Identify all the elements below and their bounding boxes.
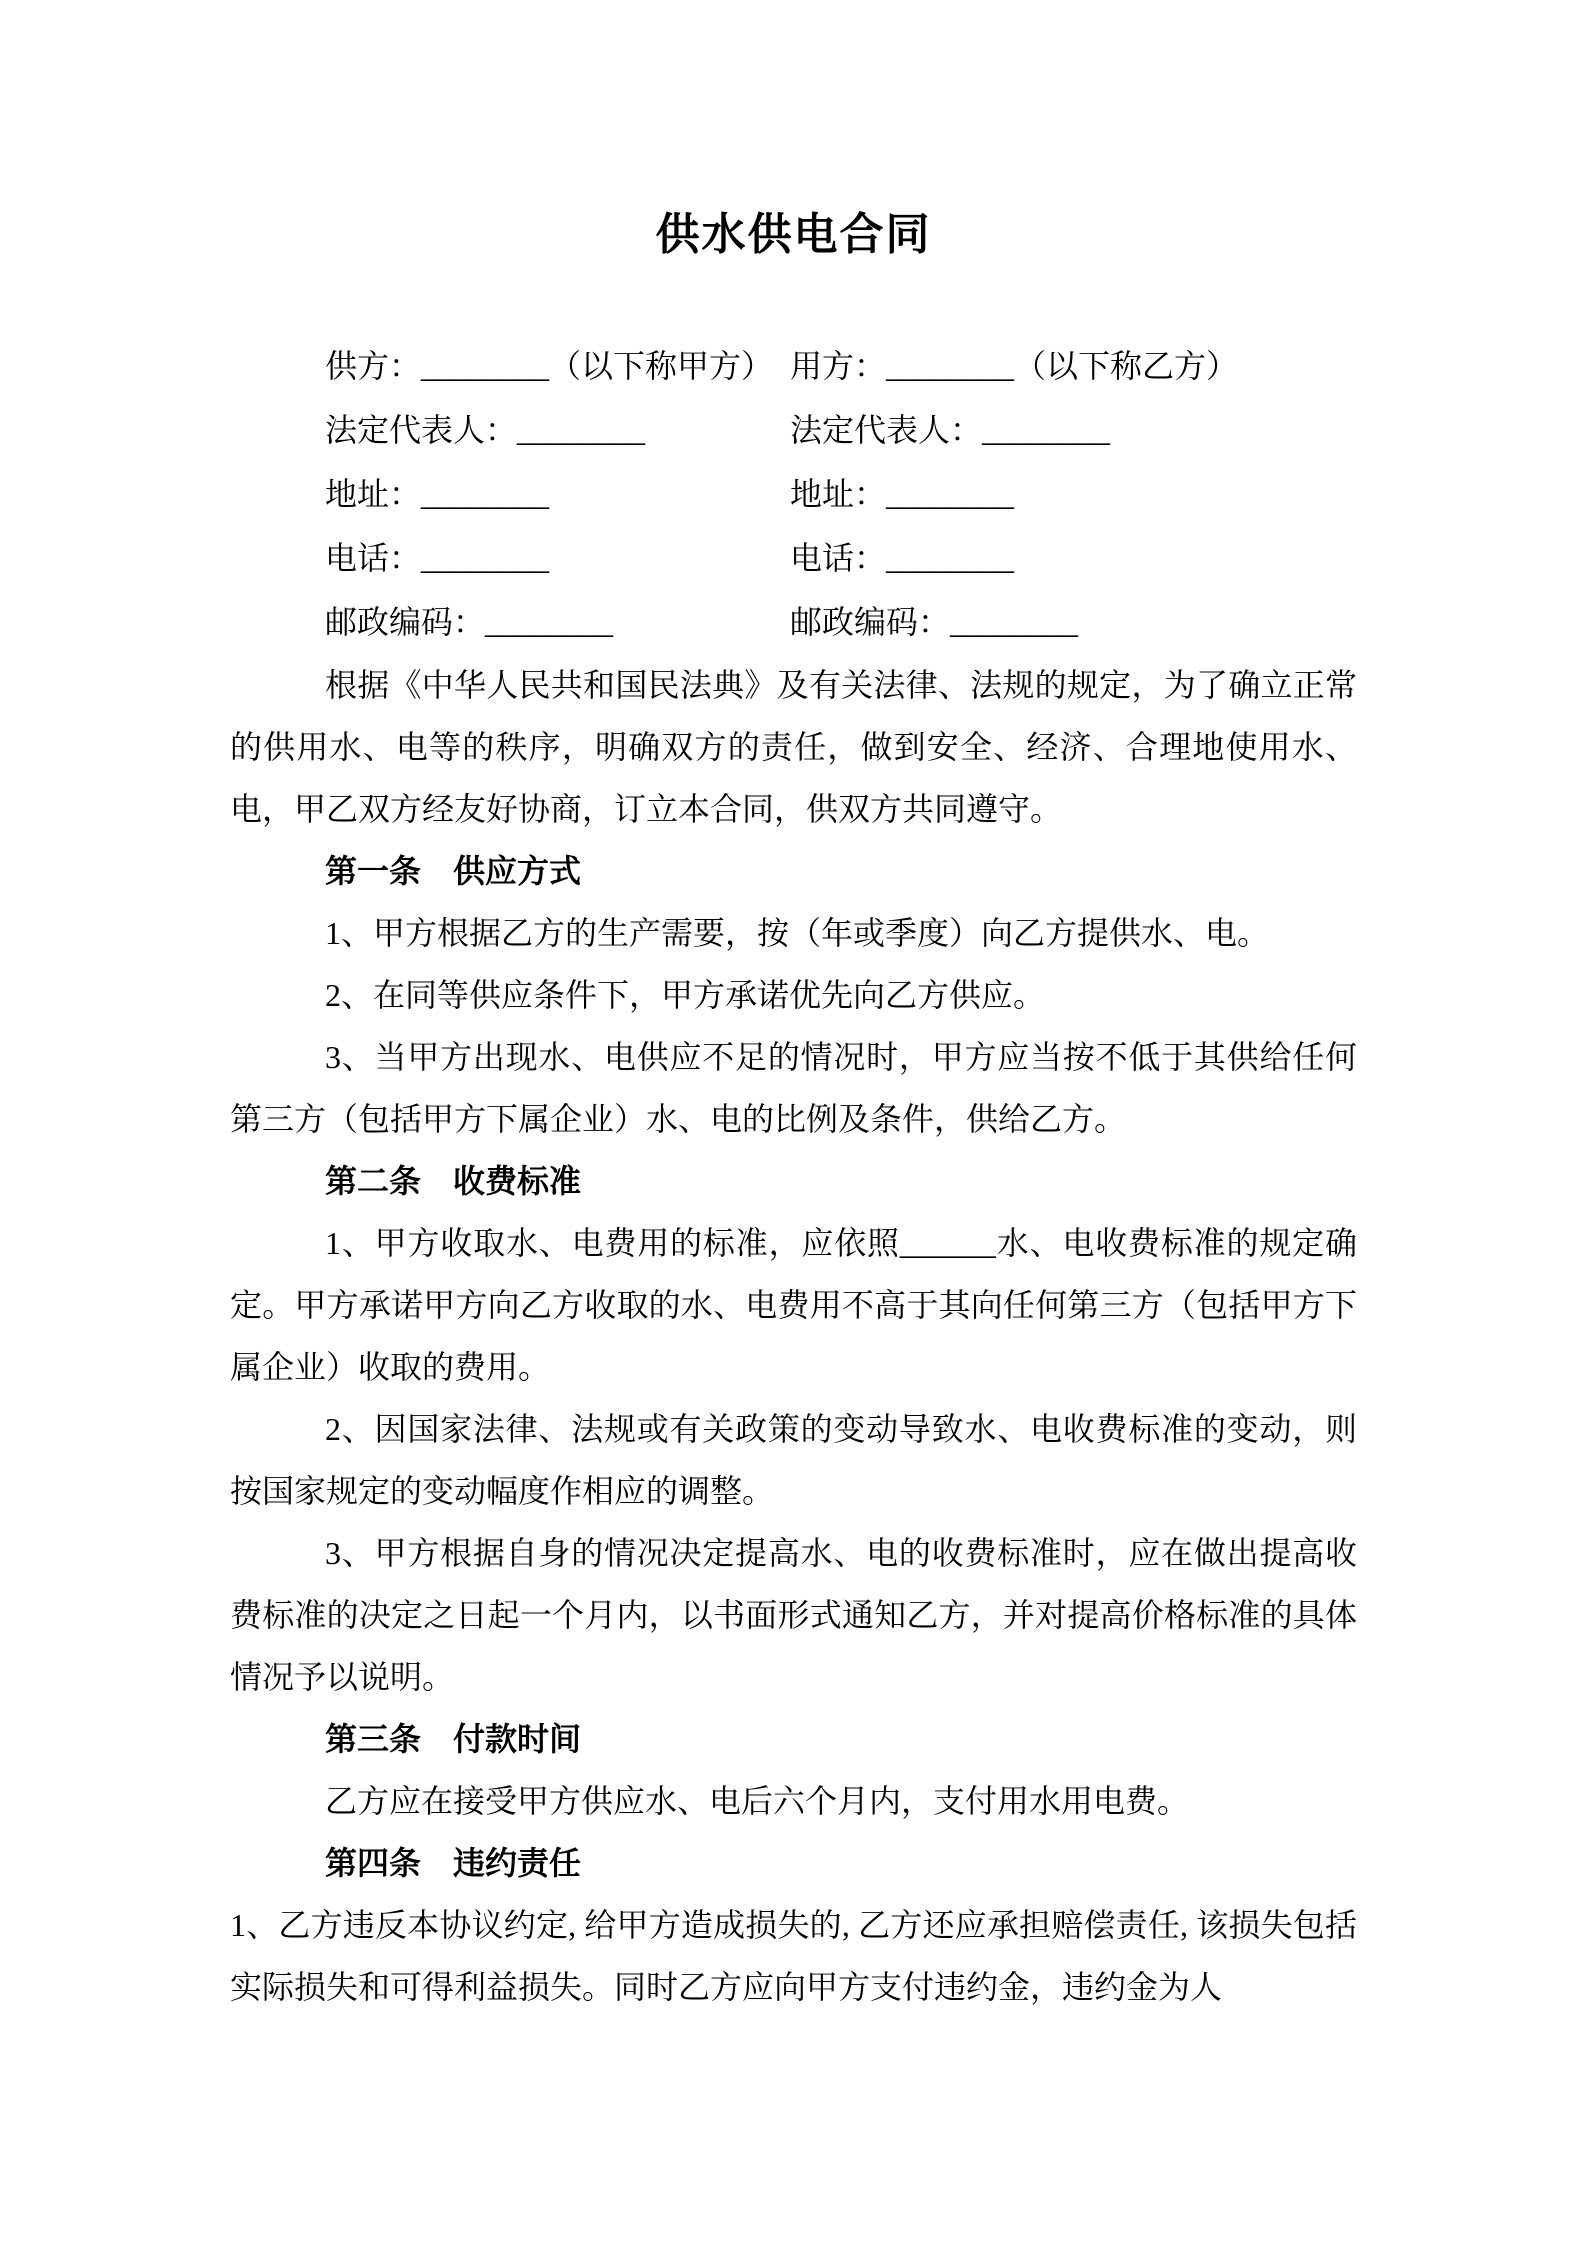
party-info-table: 供方：________（以下称甲方）用方：________（以下称乙方）法定代表… [230,334,1357,654]
contract-paragraph: 2、因国家法律、法规或有关政策的变动导致水、电收费标准的变动，则按国家规定的变动… [230,1398,1357,1522]
party-field-left: 供方：________（以下称甲方） [230,334,773,398]
section-heading: 第三条 付款时间 [230,1708,1357,1770]
section-heading: 第四条 违约责任 [230,1832,1357,1894]
party-row: 邮政编码：________邮政编码：________ [230,590,1357,654]
party-row: 电话：________电话：________ [230,526,1357,590]
section-heading: 第一条 供应方式 [230,840,1357,902]
contract-paragraph: 1、乙方违反本协议约定, 给甲方造成损失的, 乙方还应承担赔偿责任, 该损失包括… [230,1894,1357,2018]
contract-paragraph: 3、当甲方出现水、电供应不足的情况时，甲方应当按不低于其供给任何第三方（包括甲方… [230,1026,1357,1150]
party-row: 地址：________地址：________ [230,462,1357,526]
party-field-left: 邮政编码：________ [230,590,613,654]
party-field-right: 电话：________ [790,526,1014,590]
contract-paragraph: 乙方应在接受甲方供应水、电后六个月内，支付用水用电费。 [230,1770,1357,1832]
party-field-right: 用方：________（以下称乙方） [790,334,1238,398]
contract-paragraph: 根据《中华人民共和国民法典》及有关法律、法规的规定，为了确立正常的供用水、电等的… [230,654,1357,840]
party-field-right: 法定代表人：________ [790,398,1110,462]
party-field-left: 地址：________ [230,462,549,526]
party-field-left: 法定代表人：________ [230,398,645,462]
party-field-right: 地址：________ [790,462,1014,526]
contract-paragraph: 3、甲方根据自身的情况决定提高水、电的收费标准时，应在做出提高收费标准的决定之日… [230,1522,1357,1708]
party-field-right: 邮政编码：________ [790,590,1078,654]
contract-paragraph: 1、甲方收取水、电费用的标准，应依照______水、电收费标准的规定确定。甲方承… [230,1212,1357,1398]
contract-paragraph: 2、在同等供应条件下，甲方承诺优先向乙方供应。 [230,964,1357,1026]
party-field-left: 电话：________ [230,526,549,590]
section-heading: 第二条 收费标准 [230,1150,1357,1212]
contract-paragraph: 1、甲方根据乙方的生产需要，按（年或季度）向乙方提供水、电。 [230,902,1357,964]
party-row: 法定代表人：________法定代表人：________ [230,398,1357,462]
contract-body: 根据《中华人民共和国民法典》及有关法律、法规的规定，为了确立正常的供用水、电等的… [230,654,1357,2018]
contract-page: 供水供电合同 供方：________（以下称甲方）用方：________（以下称… [0,0,1587,2245]
document-title: 供水供电合同 [230,206,1357,264]
party-row: 供方：________（以下称甲方）用方：________（以下称乙方） [230,334,1357,398]
